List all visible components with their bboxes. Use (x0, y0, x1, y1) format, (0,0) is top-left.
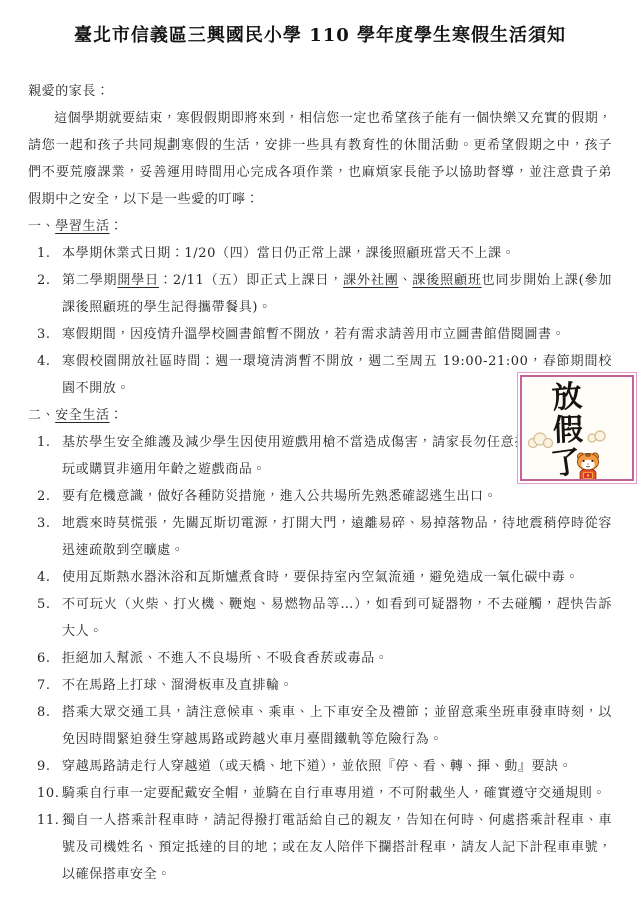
list-item: 8.搭乘大眾交通工具，請注意候車、乘車、上下車安全及禮節；並留意乘坐班車發車時刻… (28, 699, 612, 753)
text-segment: 穿越馬路請走行人穿越道（或天橋、地下道），並依照『停、看、轉、揮、動』要訣。 (62, 759, 572, 774)
underlined-text: 開學日 (117, 273, 159, 288)
text-segment: 騎乘自行車一定要配戴安全帽，並騎在自行車專用道，不可附載坐人，確實遵守交通規則。 (62, 786, 606, 801)
item-number: 2. (37, 483, 62, 510)
holiday-badge-frame: 放假了 (520, 375, 634, 481)
item-text: 要有危機意識，做好各種防災措施，進入公共場所先熟悉確認逃生出口。 (62, 483, 612, 510)
section-colon: ： (110, 408, 124, 423)
text-segment: 、 (399, 273, 413, 288)
item-number: 2. (37, 267, 62, 321)
text-segment: 搭乘大眾交通工具，請注意候車、乘車、上下車安全及禮節；並留意乘坐班車發車時刻，以… (62, 705, 612, 747)
section-label: 一、 (28, 219, 55, 234)
item-number: 3. (37, 321, 62, 348)
text-segment: 寒假期間，因疫情升溫學校圖書館暫不開放，若有需求請善用市立圖書館借閱圖書。 (62, 327, 565, 342)
section-heading-text: 安全生活 (55, 408, 109, 423)
item-text: 搭乘大眾交通工具，請注意候車、乘車、上下車安全及禮節；並留意乘坐班車發車時刻，以… (62, 699, 612, 753)
item-number: 1. (37, 429, 62, 483)
list-item: 6.拒絕加入幫派、不進入不良場所、不吸食香菸或毒品。 (28, 645, 612, 672)
item-number: 7. (37, 672, 62, 699)
item-text: 第二學期開學日：2/11（五）即正式上課日，課外社團、課後照顧班也同步開始上課(… (62, 267, 612, 321)
item-number: 4. (37, 564, 62, 591)
item-text: 不在馬路上打球、溜滑板車及直排輪。 (62, 672, 612, 699)
notice-document: 臺北市信義區三興國民小學 110 學年度學生寒假生活須知 親愛的家長： 這個學期… (0, 0, 640, 910)
item-number: 3. (37, 510, 62, 564)
section-heading: 一、學習生活： (28, 213, 612, 240)
list-item: 1.本學期休業式日期：1/20（四）當日仍正常上課，課後照顧班當天不上課。 (28, 240, 612, 267)
item-number: 1. (37, 240, 62, 267)
cloud-icon (586, 430, 608, 444)
list-item: 3.地震來時莫慌張，先關瓦斯切電源，打開大門，遠離易碎、易掉落物品，待地震稍停時… (28, 510, 612, 564)
section-label: 二、 (28, 408, 55, 423)
list-item: 3.寒假期間，因疫情升溫學校圖書館暫不開放，若有需求請善用市立圖書館借閱圖書。 (28, 321, 612, 348)
text-segment: 不可玩火（火柴、打火機、鞭炮、易燃物品等…），如看到可疑器物，不去碰觸，趕快告訴… (62, 597, 612, 639)
document-title: 臺北市信義區三興國民小學 110 學年度學生寒假生活須知 (28, 24, 612, 48)
list-item: 10.騎乘自行車一定要配戴安全帽，並騎在自行車專用道，不可附載坐人，確實遵守交通… (28, 780, 612, 807)
sections-container: 一、學習生活：1.本學期休業式日期：1/20（四）當日仍正常上課，課後照顧班當天… (28, 213, 612, 888)
text-segment: 獨自一人搭乘計程車時，請記得撥打電話給自己的親友，告知在何時、何處搭乘計程車、車… (62, 813, 612, 882)
section-colon: ： (110, 219, 124, 234)
item-number: 10. (37, 780, 62, 807)
list-item: 5.不可玩火（火柴、打火機、鞭炮、易燃物品等…），如看到可疑器物，不去碰觸，趕快… (28, 591, 612, 645)
item-text: 穿越馬路請走行人穿越道（或天橋、地下道），並依照『停、看、轉、揮、動』要訣。 (62, 753, 612, 780)
text-segment: 基於學生安全維護及減少學生因使用遊戲用槍不當造成傷害，請家長勿任意把玩或購買非適… (62, 435, 528, 477)
item-number: 8. (37, 699, 62, 753)
list-item: 4.使用瓦斯熱水器沐浴和瓦斯爐煮食時，要保持室內空氣流通，避免造成一氧化碳中毒。 (28, 564, 612, 591)
text-segment: 不在馬路上打球、溜滑板車及直排輪。 (62, 678, 293, 693)
text-segment: 第二學期 (62, 273, 117, 288)
badge-character: 假 (548, 413, 587, 447)
section-heading-text: 學習生活 (55, 219, 109, 234)
list-item: 2.要有危機意識，做好各種防災措施，進入公共場所先熟悉確認逃生出口。 (28, 483, 612, 510)
text-segment: ：2/11（五）即正式上課日， (159, 273, 343, 288)
salutation: 親愛的家長： (28, 78, 612, 105)
item-text: 拒絕加入幫派、不進入不良場所、不吸食香菸或毒品。 (62, 645, 612, 672)
text-segment: 要有危機意識，做好各種防災措施，進入公共場所先熟悉確認逃生出口。 (62, 489, 497, 504)
text-segment: 本學期休業式日期：1/20（四）當日仍正常上課，課後照顧班當天不上課。 (62, 246, 515, 261)
item-text: 獨自一人搭乘計程車時，請記得撥打電話給自己的親友，告知在何時、何處搭乘計程車、車… (62, 807, 612, 888)
item-text: 寒假期間，因疫情升溫學校圖書館暫不開放，若有需求請善用市立圖書館借閱圖書。 (62, 321, 612, 348)
list-item: 9.穿越馬路請走行人穿越道（或天橋、地下道），並依照『停、看、轉、揮、動』要訣。 (28, 753, 612, 780)
item-number: 5. (37, 591, 62, 645)
holiday-badge: 放假了 (517, 372, 637, 484)
item-text: 不可玩火（火柴、打火機、鞭炮、易燃物品等…），如看到可疑器物，不去碰觸，趕快告訴… (62, 591, 612, 645)
underlined-text: 課外社團 (343, 273, 398, 288)
list-item: 2.第二學期開學日：2/11（五）即正式上課日，課外社團、課後照顧班也同步開始上… (28, 267, 612, 321)
item-number: 9. (37, 753, 62, 780)
underlined-text: 課後照顧班 (412, 273, 481, 288)
list-item: 7.不在馬路上打球、溜滑板車及直排輪。 (28, 672, 612, 699)
item-text: 騎乘自行車一定要配戴安全帽，並騎在自行車專用道，不可附載坐人，確實遵守交通規則。 (62, 780, 612, 807)
tiger-mascot-icon (573, 450, 603, 481)
item-number: 6. (37, 645, 62, 672)
item-text: 本學期休業式日期：1/20（四）當日仍正常上課，課後照顧班當天不上課。 (62, 240, 612, 267)
intro-paragraph: 這個學期就要結束，寒假假期即將來到，相信您一定也希望孩子能有一個快樂又充實的假期… (28, 105, 612, 213)
text-segment: 使用瓦斯熱水器沐浴和瓦斯爐煮食時，要保持室內空氣流通，避免造成一氧化碳中毒。 (62, 570, 579, 585)
item-number: 4. (37, 348, 62, 402)
item-number: 11. (37, 807, 62, 888)
item-text: 使用瓦斯熱水器沐浴和瓦斯爐煮食時，要保持室內空氣流通，避免造成一氧化碳中毒。 (62, 564, 612, 591)
item-text: 地震來時莫慌張，先關瓦斯切電源，打開大門，遠離易碎、易掉落物品，待地震稍停時從容… (62, 510, 612, 564)
list-item: 11.獨自一人搭乘計程車時，請記得撥打電話給自己的親友，告知在何時、何處搭乘計程… (28, 807, 612, 888)
text-segment: 拒絕加入幫派、不進入不良場所、不吸食香菸或毒品。 (62, 651, 388, 666)
badge-character: 放 (547, 379, 588, 415)
text-segment: 地震來時莫慌張，先關瓦斯切電源，打開大門，遠離易碎、易掉落物品，待地震稍停時從容… (62, 516, 612, 558)
